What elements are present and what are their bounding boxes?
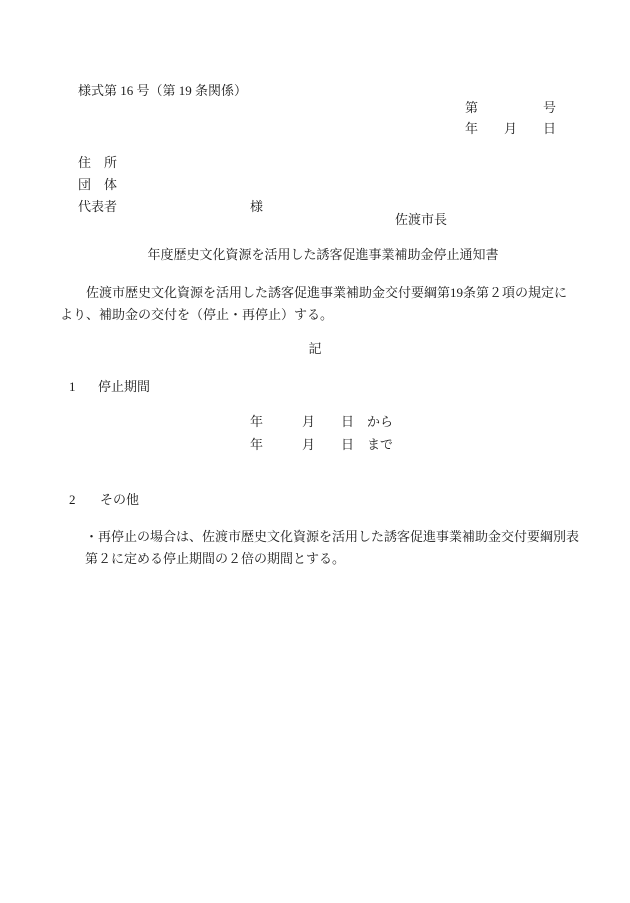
item-1-heading-line: 1 停止期間 [0, 379, 630, 394]
issue-date-line: 年 月 日 [465, 121, 556, 136]
form-number: 様式第 16 号（第 19 条関係） [78, 83, 247, 98]
recipient-organization-label: 団 体 [78, 177, 117, 192]
ki-separator: 記 [0, 341, 630, 356]
recipient-address-label: 住 所 [78, 155, 117, 170]
document-page: 様式第 16 号（第 19 条関係） 第 号 年 月 日 住 所 団 体 代表者… [0, 0, 630, 903]
sender-mayor: 佐渡市長 [395, 212, 447, 227]
note-line-1: ・再停止の場合は、佐渡市歴史文化資源を活用した誘客促進事業補助金交付要綱別表 [85, 529, 579, 544]
item-2-heading-line: 2 その他 [0, 492, 630, 507]
suspension-start-date-line: 年 月 日 から [250, 414, 393, 429]
note-line-2: 第２に定める停止期間の２倍の期間とする。 [85, 551, 345, 566]
item-1-number: 1 [69, 379, 76, 394]
honorific-sama: 様 [250, 199, 263, 214]
body-paragraph-line-1: 佐渡市歴史文化資源を活用した誘客促進事業補助金交付要綱第19条第２項の規定に [60, 285, 567, 300]
item-2-heading: その他 [100, 492, 139, 507]
item-1-heading: 停止期間 [98, 379, 150, 394]
representative-label: 代表者 [78, 199, 117, 214]
suspension-end-date-line: 年 月 日 まで [250, 437, 393, 452]
body-paragraph-line-2: より、補助金の交付を（停止・再停止）する。 [60, 307, 333, 322]
document-title: 年度歴史文化資源を活用した誘客促進事業補助金停止通知書 [0, 247, 630, 262]
document-number-line: 第 号 [465, 100, 556, 115]
item-2-number: 2 [69, 492, 76, 507]
recipient-representative-line: 代表者 様 [78, 199, 630, 214]
